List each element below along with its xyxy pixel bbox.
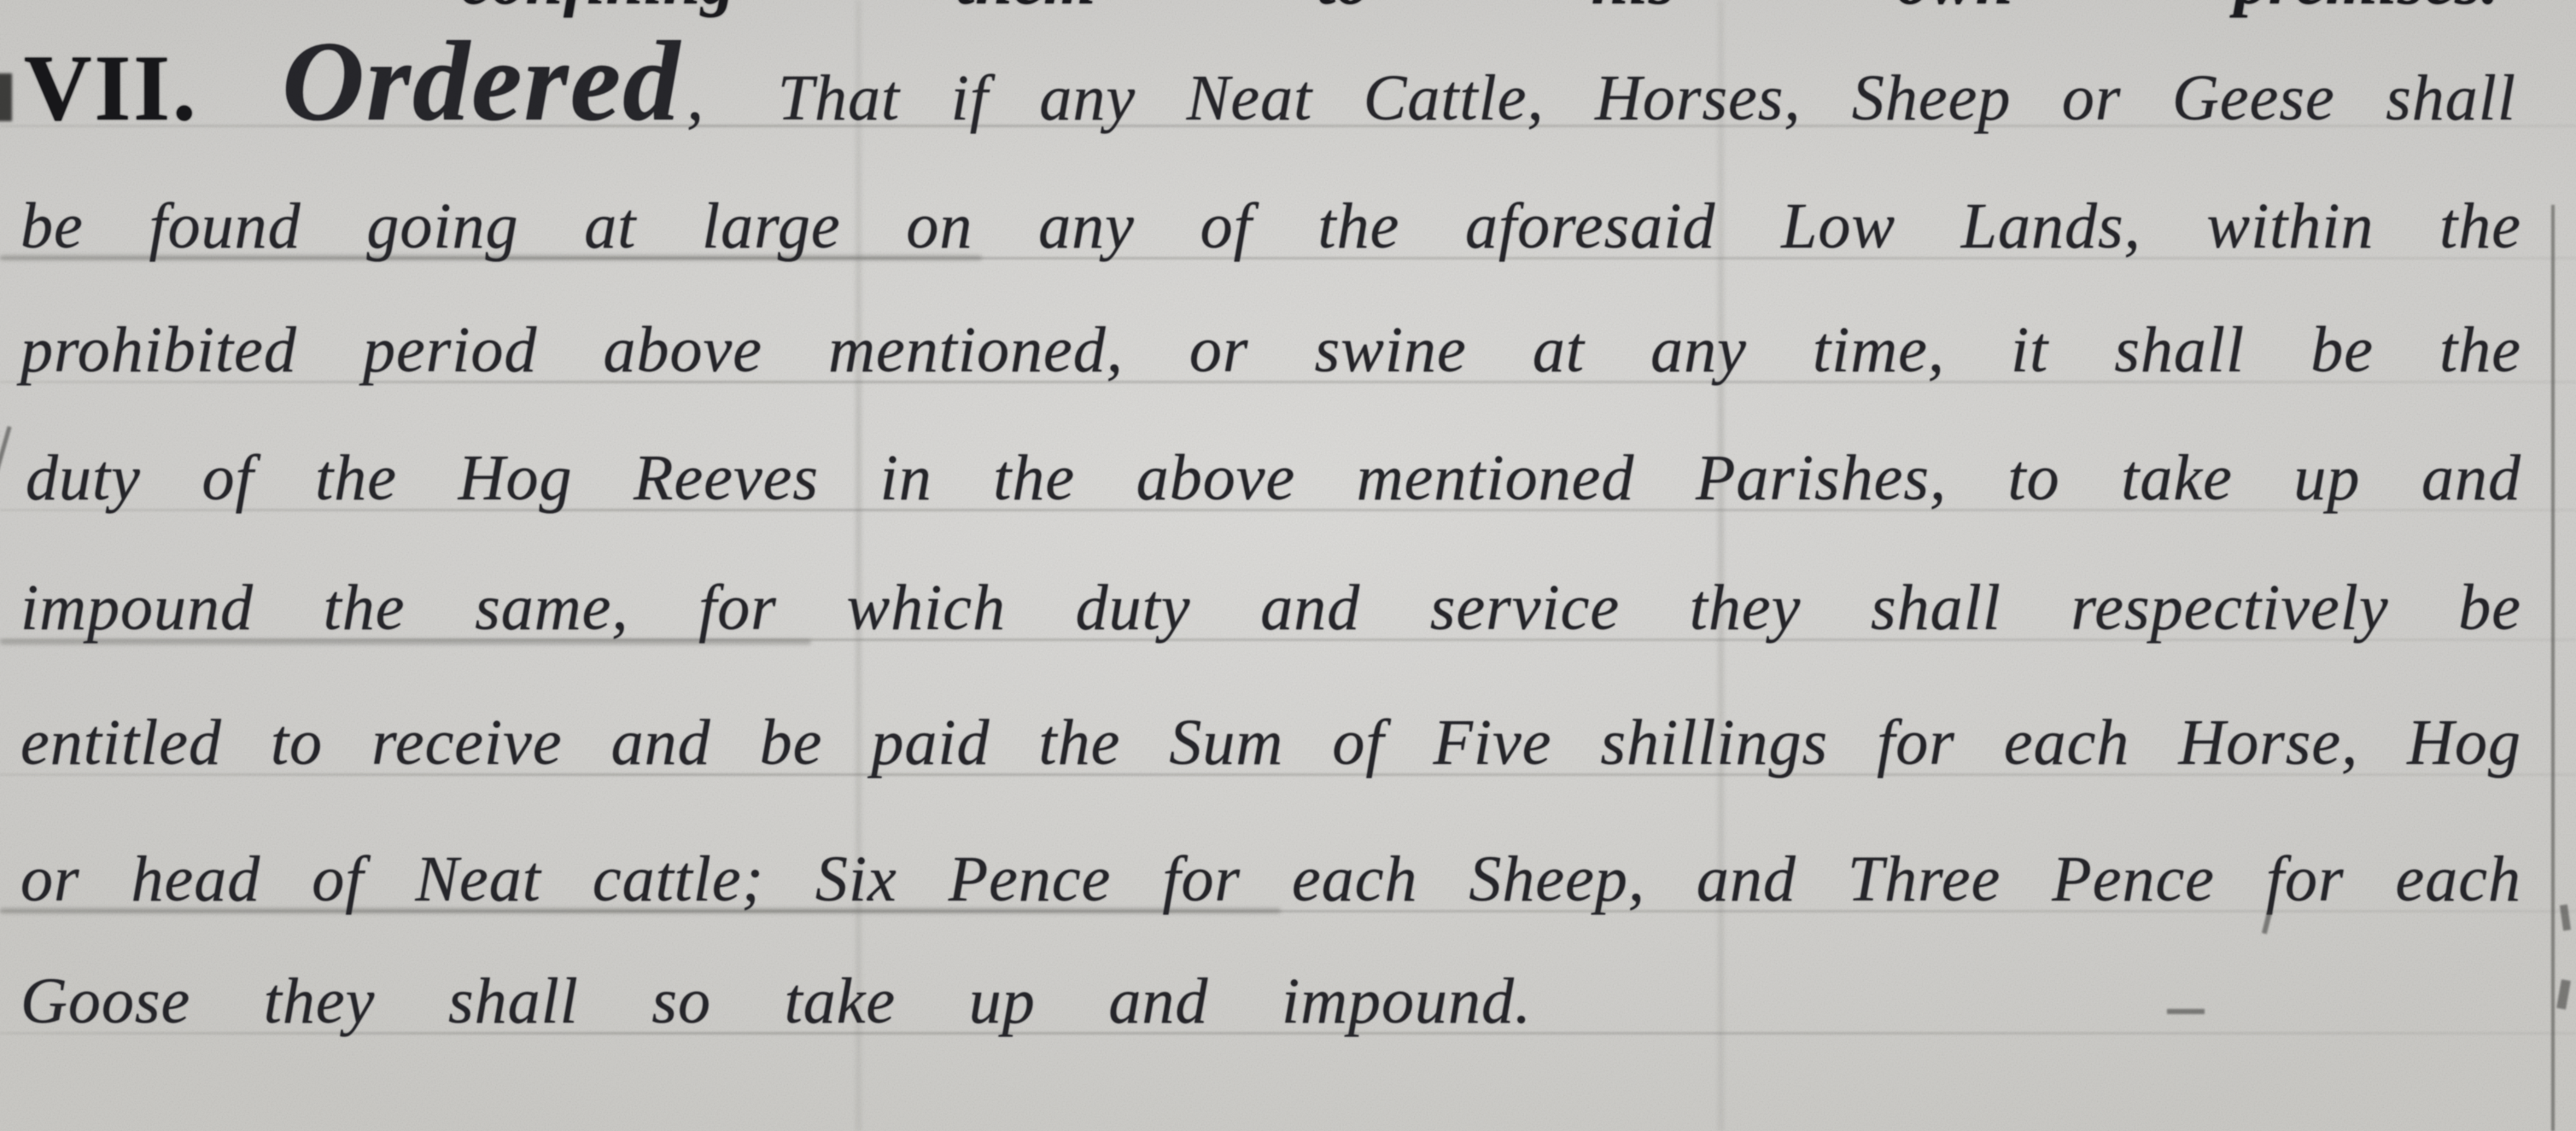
- handwritten-line-8: Goose they shall so take up and impound.: [20, 965, 1532, 1038]
- edge-ink-blob: [0, 73, 12, 121]
- handwritten-line-4: duty of the Hog Reeves in the above ment…: [26, 441, 2521, 515]
- paper-grain-texture: [0, 0, 2576, 1131]
- paper-crease: [1718, 0, 1724, 1131]
- opening-comma: ,: [686, 60, 727, 135]
- stray-dash-mark: [2167, 1009, 2205, 1014]
- handwritten-line-5: impound the same, for which duty and ser…: [20, 571, 2521, 644]
- handwritten-line-7: or head of Neat cattle; Six Pence for ea…: [20, 842, 2521, 916]
- margin-check-mark: [0, 426, 12, 503]
- clipped-previous-line: confining them to his own premises.: [461, 0, 2499, 18]
- section-number: VII.: [24, 36, 199, 140]
- handwritten-line-2: be found going at large on any of the af…: [20, 189, 2521, 263]
- handwritten-line-1: VII. Ordered, That if any Neat Cattle, H…: [24, 29, 2516, 150]
- opening-word: Ordered: [249, 18, 686, 144]
- edge-squiggle-mark: [2556, 979, 2571, 1009]
- handwritten-line-3: prohibited period above mentioned, or sw…: [20, 313, 2521, 387]
- paper-crease: [856, 0, 862, 1131]
- line-1-text: That if any Neat Cattle, Horses, Sheep o…: [778, 62, 2516, 134]
- page-margin-rule: [2551, 205, 2555, 1131]
- handwritten-line-6: entitled to receive and be paid the Sum …: [20, 706, 2521, 779]
- edge-squiggle-mark: [2560, 905, 2571, 931]
- scanned-document-page: confining them to his own premises. VII.…: [0, 0, 2576, 1131]
